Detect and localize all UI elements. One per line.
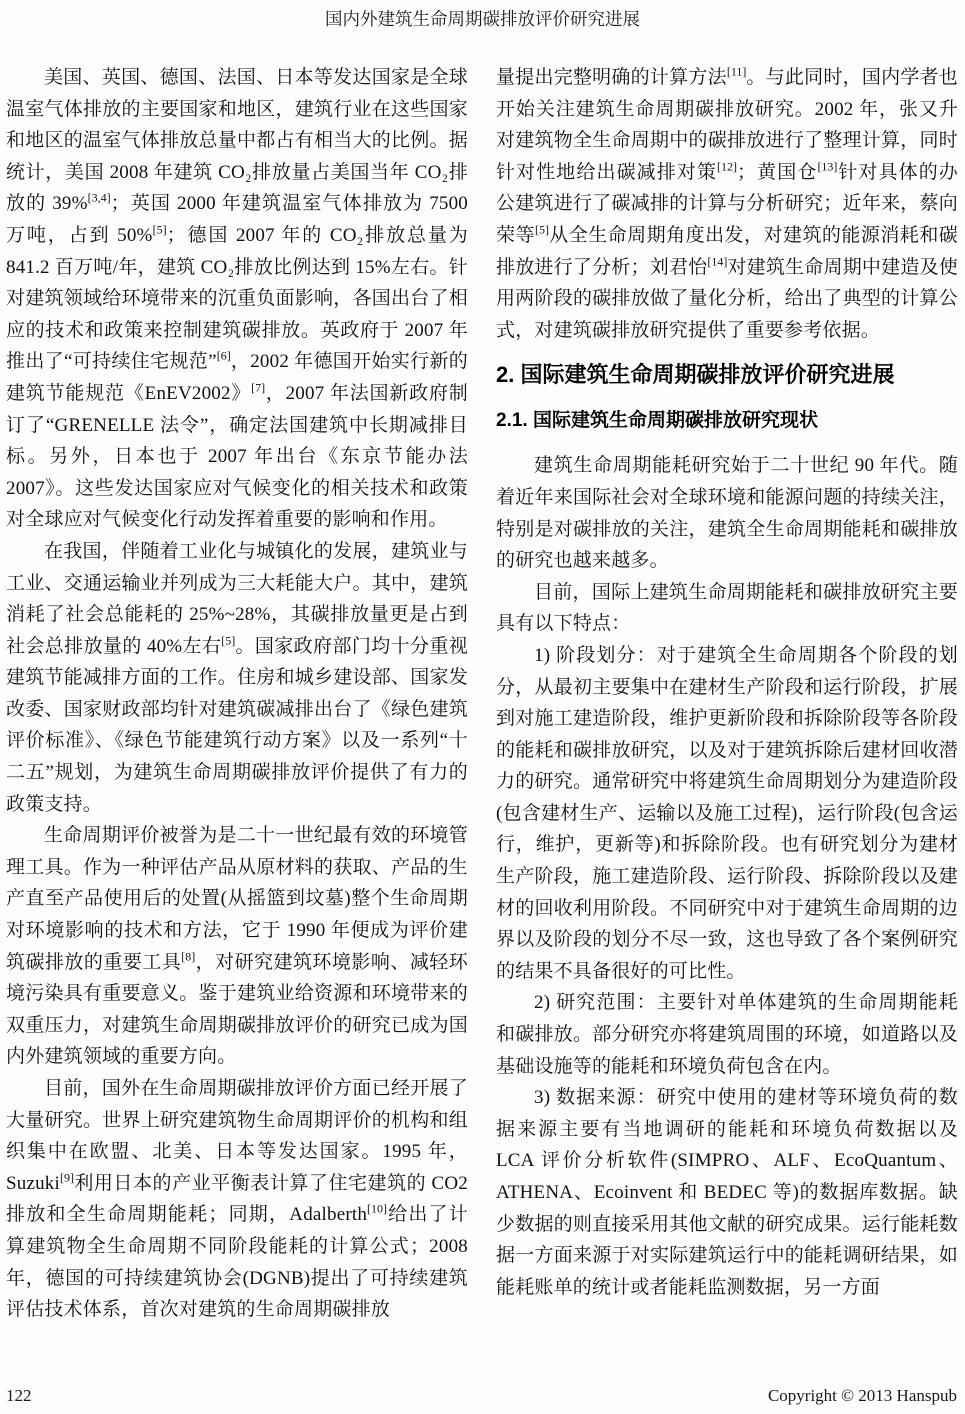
page-footer: 122 Copyright © 2013 Hanspub: [6, 1386, 957, 1406]
body-paragraph: 3) 数据来源：研究中使用的建材等环境负荷的数据来源主要有当地调研的能耗和环境负…: [496, 1082, 958, 1303]
body-paragraph: 1) 阶段划分：对于建筑全生命周期各个阶段的划分，从最初主要集中在建材生产阶段和…: [496, 640, 958, 988]
page-number: 122: [6, 1386, 32, 1406]
continuation-paragraph: 量提出完整明确的计算方法[11]。与此同时，国内学者也开始关注建筑生命周期碳排放…: [496, 62, 958, 346]
body-paragraph: 在我国，伴随着工业化与城镇化的发展，建筑业与工业、交通运输业并列成为三大耗能大户…: [6, 536, 468, 820]
body-paragraph: 建筑生命周期能耗研究始于二十世纪 90 年代。随着近年来国际社会对全球环境和能源…: [496, 450, 958, 576]
body-paragraph: 目前，国外在生命周期碳排放评价方面已经开展了大量研究。世界上研究建筑物生命周期评…: [6, 1073, 468, 1326]
paper-page: 国内外建筑生命周期碳排放评价研究进展 美国、英国、德国、法国、日本等发达国家是全…: [0, 0, 965, 1414]
running-head-title: 国内外建筑生命周期碳排放评价研究进展: [0, 6, 965, 31]
body-paragraph: 目前，国际上建筑生命周期能耗和碳排放研究主要具有以下特点：: [496, 577, 958, 640]
body-paragraph: 生命周期评价被誉为是二十一世纪最有效的环境管理工具。作为一种评估产品从原材料的获…: [6, 820, 468, 1073]
right-column: 量提出完整明确的计算方法[11]。与此同时，国内学者也开始关注建筑生命周期碳排放…: [496, 62, 958, 1326]
copyright-notice: Copyright © 2013 Hanspub: [768, 1386, 957, 1406]
section-heading: 2. 国际建筑生命周期碳排放评价研究进展: [496, 360, 958, 390]
two-column-body: 美国、英国、德国、法国、日本等发达国家是全球温室气体排放的主要国家和地区，建筑行…: [6, 62, 957, 1326]
body-paragraph: 美国、英国、德国、法国、日本等发达国家是全球温室气体排放的主要国家和地区，建筑行…: [6, 62, 468, 536]
left-column: 美国、英国、德国、法国、日本等发达国家是全球温室气体排放的主要国家和地区，建筑行…: [6, 62, 468, 1326]
subsection-heading: 2.1. 国际建筑生命周期碳排放研究现状: [496, 408, 958, 434]
body-paragraph: 2) 研究范围：主要针对单体建筑的生命周期能耗和碳排放。部分研究亦将建筑周围的环…: [496, 987, 958, 1082]
